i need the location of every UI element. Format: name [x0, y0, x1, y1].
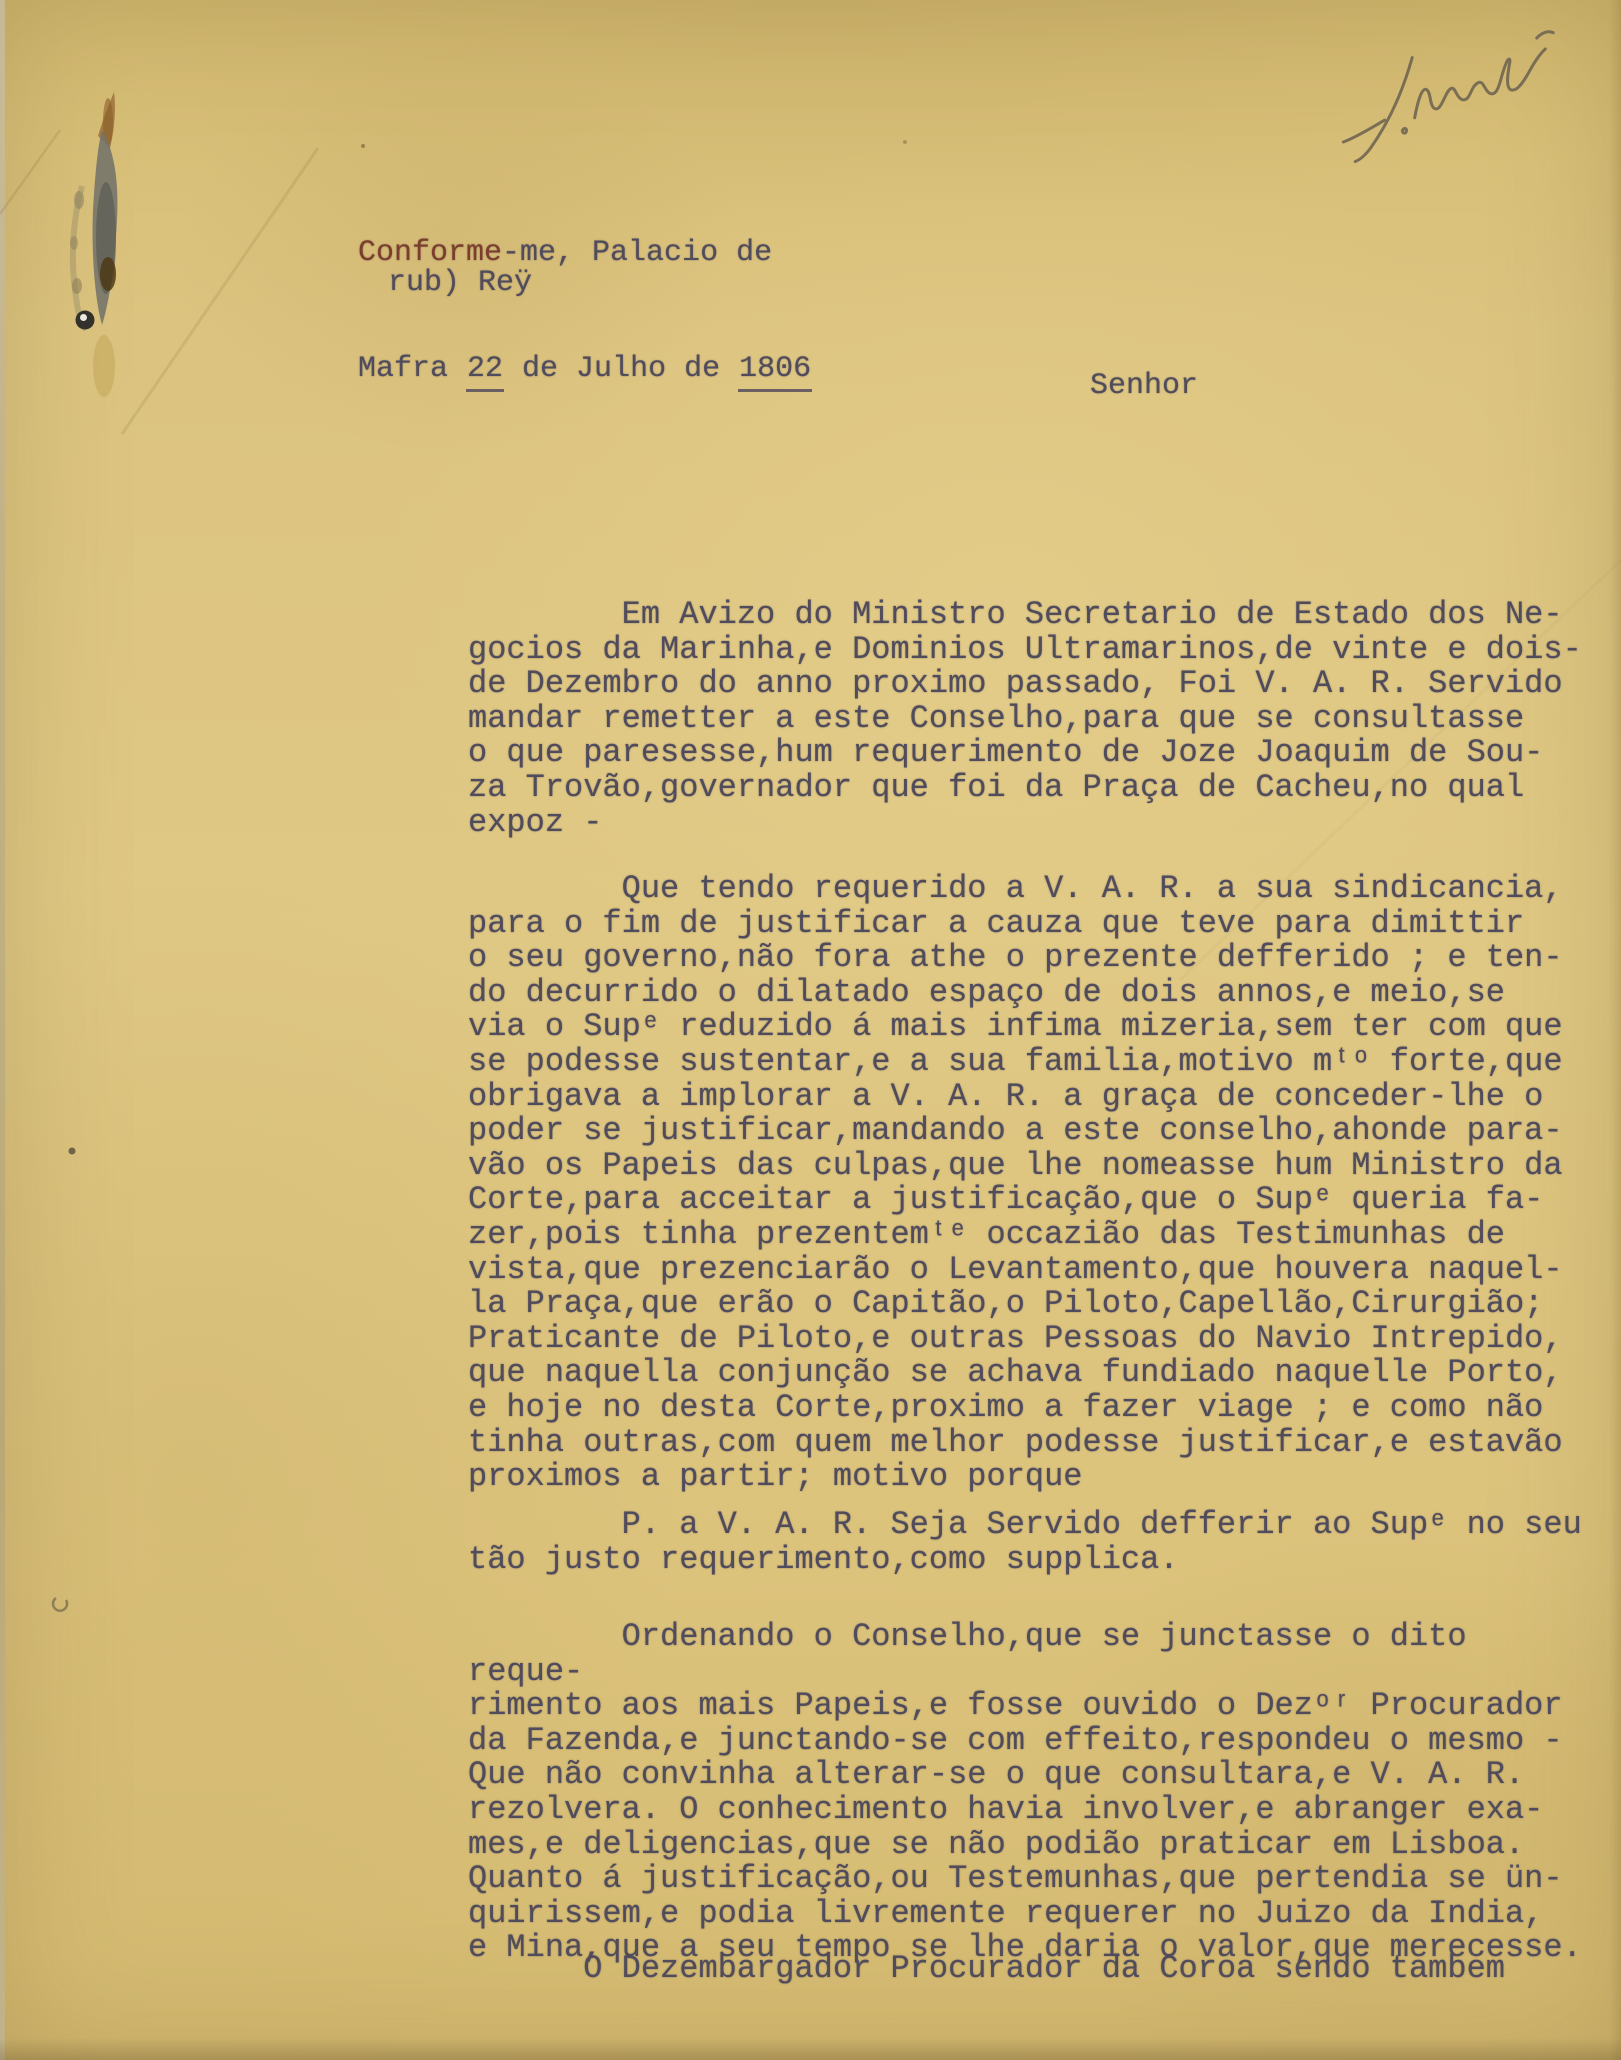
approval-note-line1-rest: -me, Palacio de [502, 236, 772, 270]
salutation: Senhor [1090, 369, 1198, 403]
paragraph-4: Ordenando o Conselho,que se junctasse o … [468, 1620, 1600, 1966]
ink-stain [58, 88, 158, 408]
paper-speck [69, 1148, 76, 1155]
scan-edge-bottom [0, 2038, 1621, 2060]
paragraph-5: O Dezembargador Procurador da Coroa send… [468, 1952, 1600, 1987]
date-mid: de Julho de [504, 352, 738, 386]
approval-note-date-line: Mafra 22 de Julho de 1806 [358, 350, 812, 393]
approval-note: Conforme-me, Palacio de Mafra 22 de Julh… [358, 157, 812, 469]
paragraph-2: Que tendo requerido a V. A. R. a sua sin… [468, 872, 1600, 1495]
date-day: 22 [466, 350, 504, 393]
scan-edge-left [0, 0, 5, 2060]
conforme-word: Conforme [358, 236, 502, 270]
rubric-line: rub) Reÿ [388, 266, 532, 300]
paper-speck-curl [53, 1598, 67, 1611]
scan-edge-right [1609, 0, 1621, 2060]
document-page: Conforme-me, Palacio de Mafra 22 de Julh… [0, 0, 1621, 2060]
date-year: 1806 [738, 350, 812, 393]
paragraph-1: Em Avizo do Ministro Secretario de Estad… [468, 598, 1600, 840]
handwritten-signature [1300, 26, 1610, 166]
date-prefix: Mafra [358, 352, 466, 386]
paragraph-3: P. a V. A. R. Seja Servido defferir ao S… [468, 1508, 1600, 1577]
